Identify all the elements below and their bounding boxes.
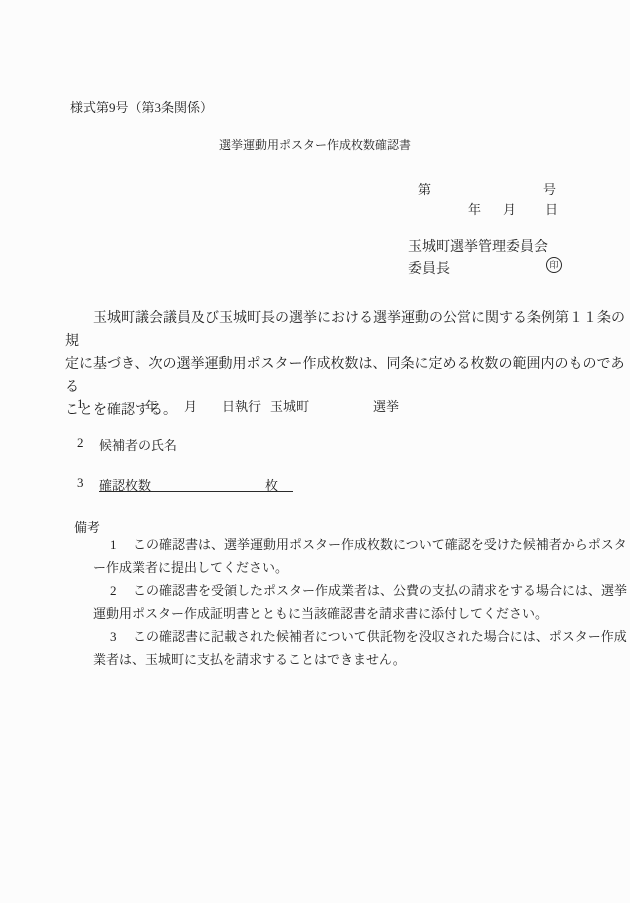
item-confirmed-count: 3 確認枚数 枚 <box>0 475 630 493</box>
remark-item: 1この確認書は、選挙運動用ポスター作成枚数について確認を受けた候補者からポスタ … <box>0 533 630 579</box>
doc-number-suffix: 号 <box>543 179 556 198</box>
remark-number: 1 <box>110 533 133 556</box>
election-year-label: 年 <box>145 396 158 415</box>
issuer-committee: 玉城町選挙管理委員会 <box>408 236 548 256</box>
remark-number: 3 <box>110 625 133 648</box>
town-label: 玉城町 <box>270 396 309 415</box>
remark-text: 運動用ポスター作成証明書とともに当該確認書を請求書に添付してください。 <box>0 602 630 625</box>
seal-icon: 印 <box>546 257 562 273</box>
confirmed-count-label: 確認枚数 <box>99 475 151 491</box>
confirmed-count-field: 確認枚数 枚 <box>99 475 293 492</box>
remark-text: この確認書は、選挙運動用ポスター作成枚数について確認を受けた候補者からポスタ <box>133 537 627 552</box>
issuer-chairman: 委員長 <box>408 258 450 278</box>
doc-number-prefix: 第 <box>418 179 431 198</box>
election-label: 選挙 <box>373 396 399 415</box>
item-number: 2 <box>77 435 84 451</box>
item-number: 1 <box>77 396 84 412</box>
candidate-name-label: 候補者の氏名 <box>99 435 177 454</box>
election-day-exec-label: 日執行 <box>222 396 261 415</box>
election-month-label: 月 <box>184 396 197 415</box>
item-election-date: 1 年 月 日執行 玉城町 選挙 <box>0 396 630 414</box>
remark-text: ー作成業者に提出してください。 <box>0 556 630 579</box>
remark-number: 2 <box>110 579 133 602</box>
date-month-label: 月 <box>503 199 516 218</box>
item-number: 3 <box>77 475 84 491</box>
date-year-label: 年 <box>468 199 481 218</box>
date-day-label: 日 <box>545 199 558 218</box>
remark-item: 3この確認書に記載された候補者について供託物を没収された場合には、ポスター作成 … <box>0 625 630 671</box>
remarks-list: 1この確認書は、選挙運動用ポスター作成枚数について確認を受けた候補者からポスタ … <box>0 533 630 671</box>
item-candidate-name: 2 候補者の氏名 <box>0 435 630 453</box>
document-page: 様式第9号（第3条関係） 選挙運動用ポスター作成枚数確認書 第 号 年 月 日 … <box>0 0 630 903</box>
remark-item: 2この確認書を受領したポスター作成業者は、公費の支払の請求をする場合には、選挙 … <box>0 579 630 625</box>
count-unit-label: 枚 <box>265 475 278 491</box>
remark-text: この確認書に記載された候補者について供託物を没収された場合には、ポスター作成 <box>133 629 627 644</box>
remark-text: この確認書を受領したポスター作成業者は、公費の支払の請求をする場合には、選挙 <box>133 583 627 598</box>
form-number: 様式第9号（第3条関係） <box>70 97 213 116</box>
page-title: 選挙運動用ポスター作成枚数確認書 <box>0 136 630 153</box>
remark-text: 業者は、玉城町に支払を請求することはできません。 <box>0 648 630 671</box>
